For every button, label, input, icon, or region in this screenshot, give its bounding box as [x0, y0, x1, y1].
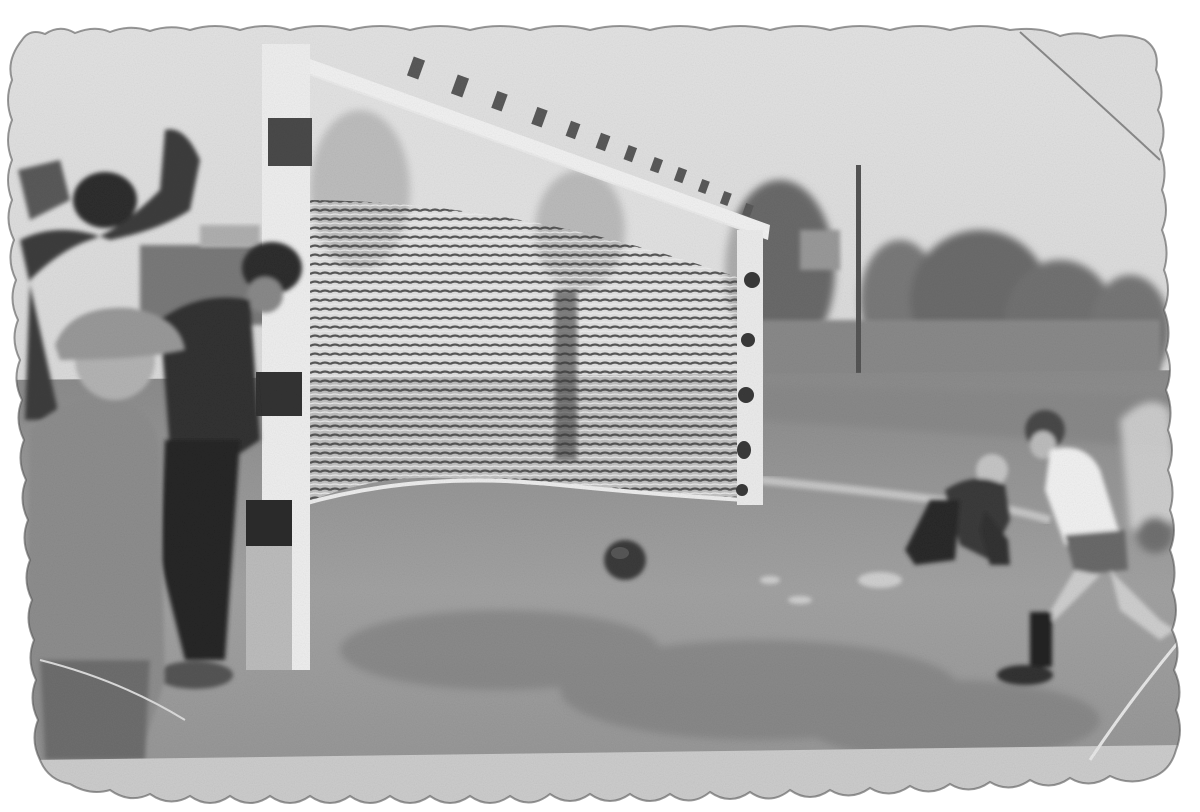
vintage-photo: [0, 0, 1200, 812]
utility-pole: [856, 165, 861, 375]
photo-body: [0, 0, 1200, 812]
photo-stage: Vintage black-and-white photograph of a …: [0, 0, 1200, 812]
football: [604, 540, 646, 580]
goal-post-right: [737, 230, 763, 505]
